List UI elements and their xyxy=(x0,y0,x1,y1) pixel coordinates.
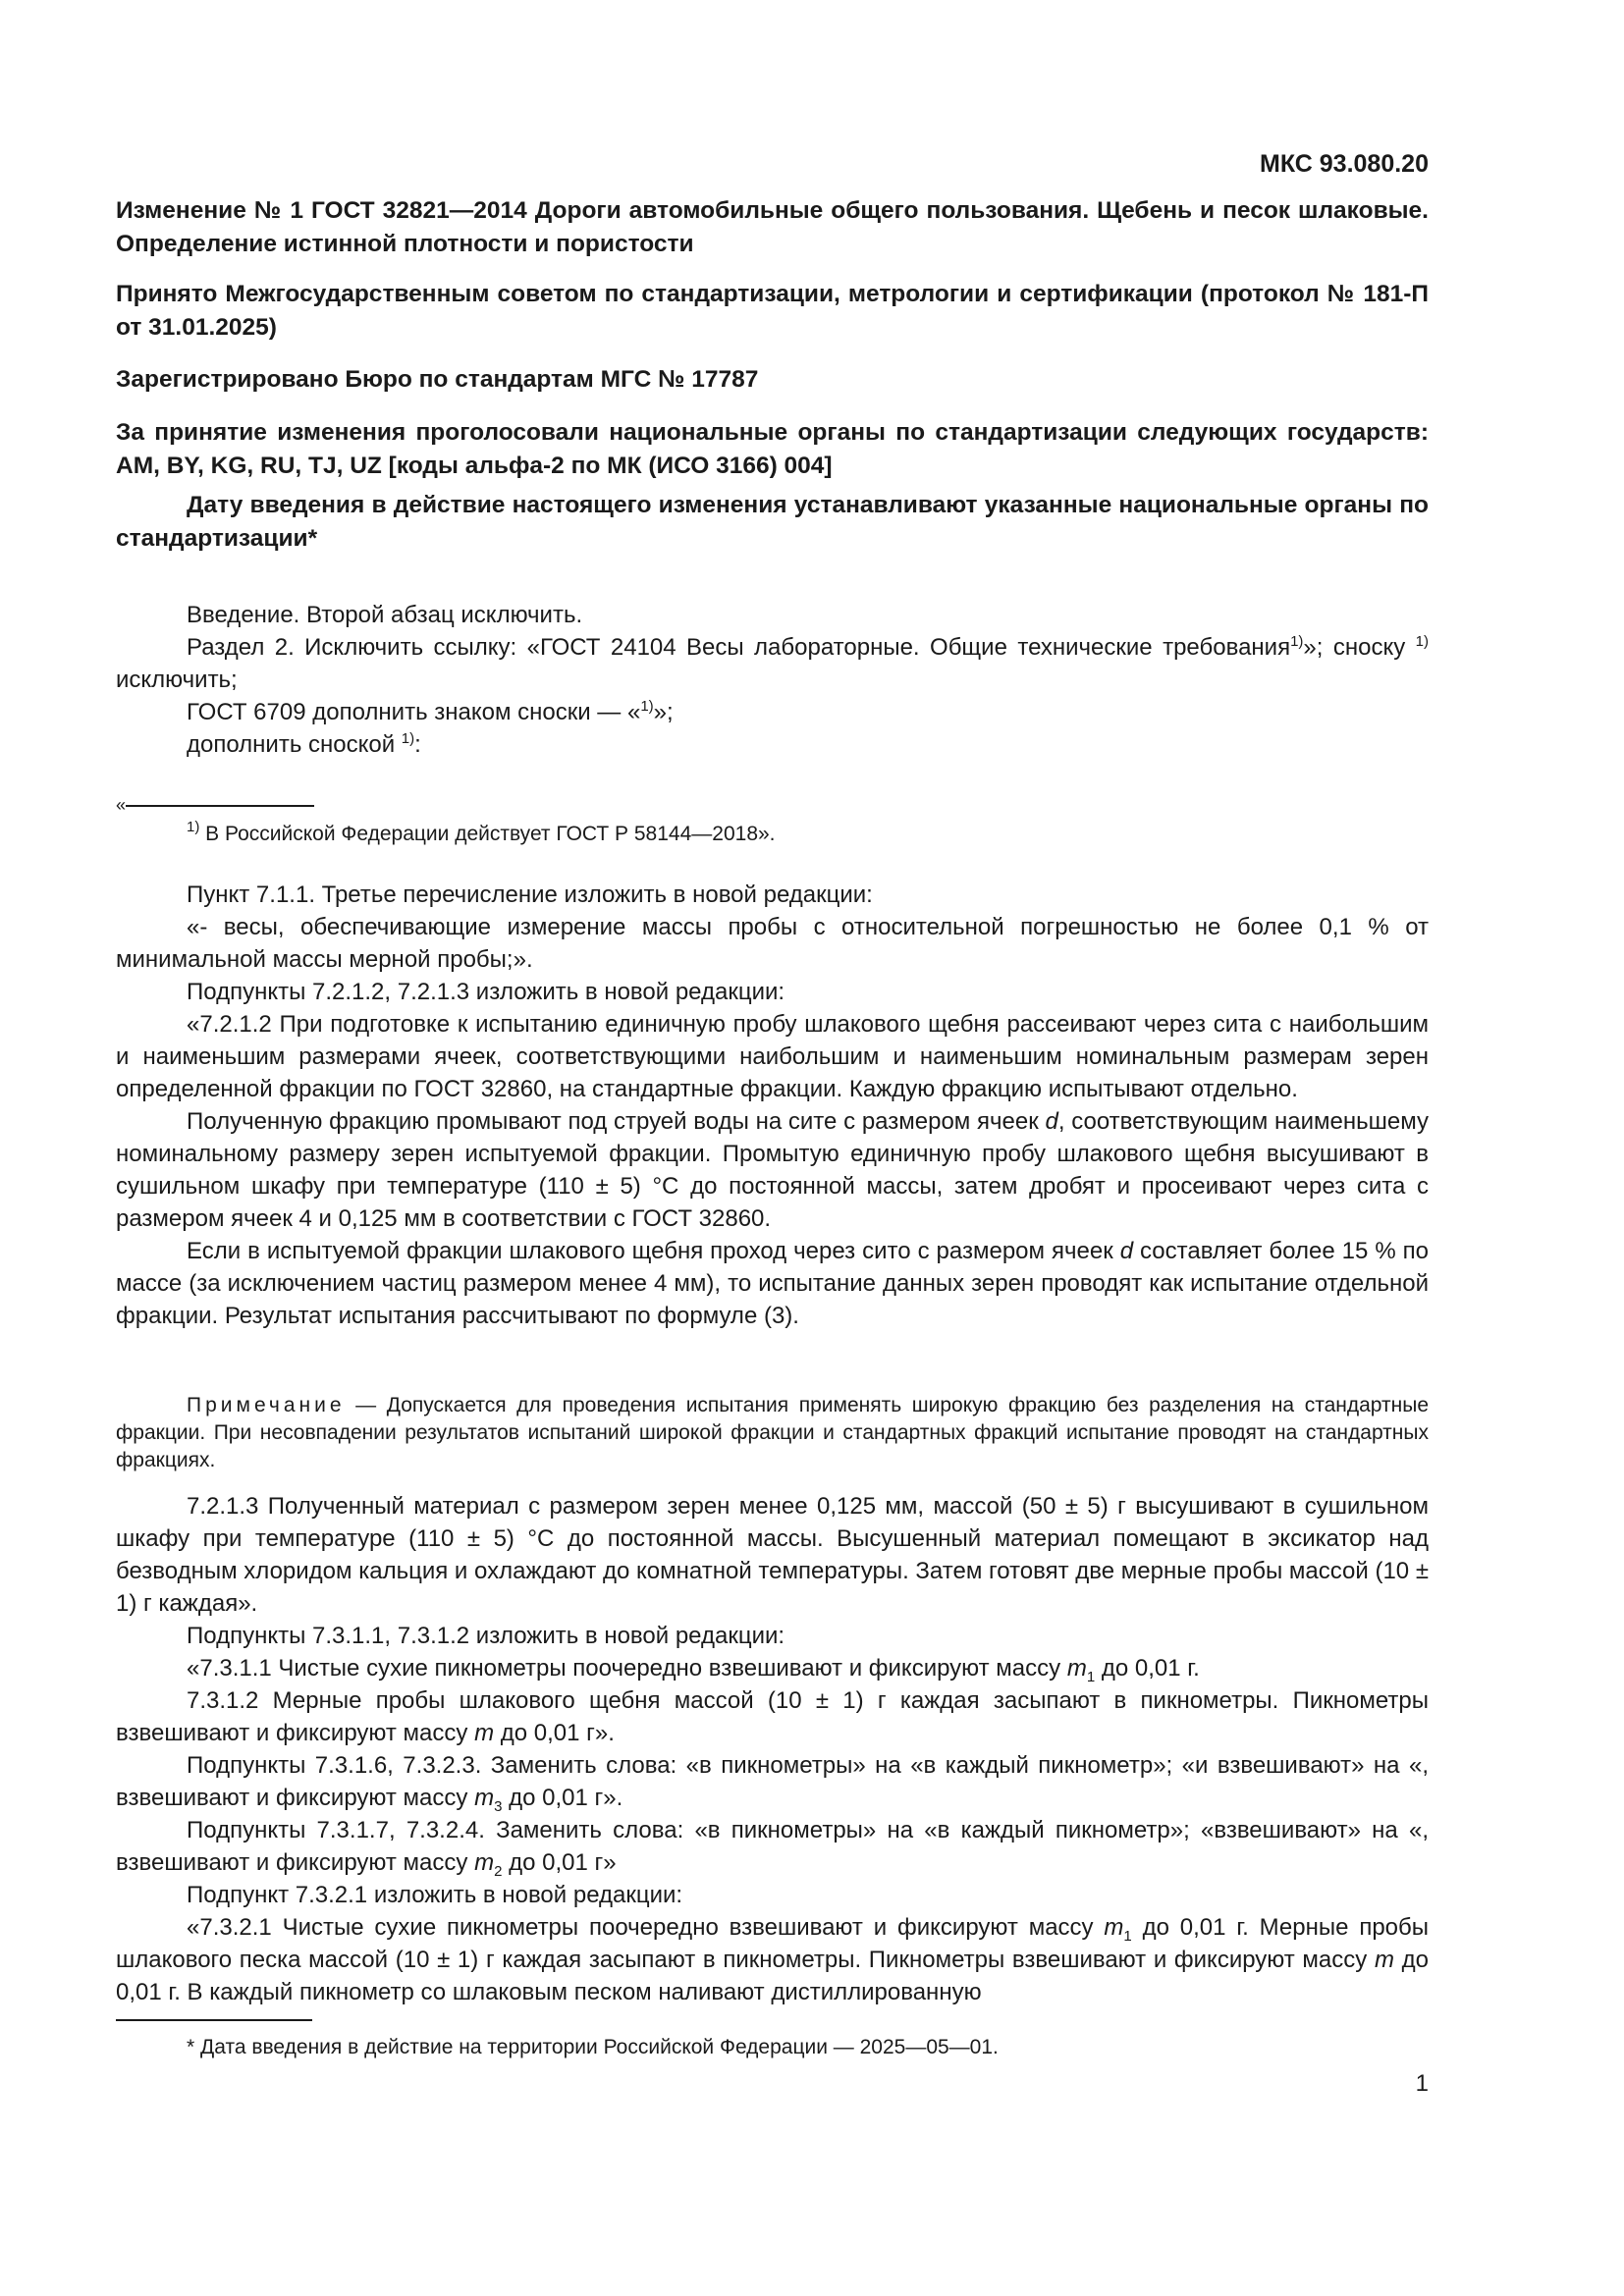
amendment-title: Изменение № 1 ГОСТ 32821—2014 Дороги авт… xyxy=(116,194,1429,261)
effective-date-statement: Дату введения в действие настоящего изме… xyxy=(116,489,1429,556)
clause-731-intro: Подпункты 7.3.1.1, 7.3.1.2 изложить в но… xyxy=(116,1620,1429,1652)
clause-7311-text: «7.3.1.1 Чистые сухие пикнометры поочере… xyxy=(116,1652,1429,1684)
changes-section-1: Введение. Второй абзац исключить. Раздел… xyxy=(116,599,1429,761)
clause-7321-text: «7.3.2.1 Чистые сухие пикнометры поочере… xyxy=(116,1911,1429,2008)
voting-statement: За принятие изменения проголосовали наци… xyxy=(116,416,1429,483)
clause-if-text: Если в испытуемой фракции шлакового щебн… xyxy=(116,1235,1429,1332)
add-footnote-change: дополнить сноской 1): xyxy=(116,728,1429,761)
inline-footnote-open-quote: « xyxy=(116,795,126,815)
clause-711-intro: Пункт 7.1.1. Третье перечисление изложит… xyxy=(116,879,1429,911)
clause-711-text: «- весы, обеспечивающие измерение массы … xyxy=(116,911,1429,976)
intro-change: Введение. Второй абзац исключить. xyxy=(116,599,1429,631)
inline-footnote: 1) В Российской Федерации действует ГОСТ… xyxy=(187,821,776,848)
page-number: 1 xyxy=(1416,2069,1429,2099)
note-label: Примечание xyxy=(187,1394,346,1416)
inline-footnote-rule xyxy=(126,805,314,807)
page-footnote: * Дата введения в действие на территории… xyxy=(187,2034,999,2061)
clause-wash-text: Полученную фракцию промывают под струей … xyxy=(116,1105,1429,1235)
clause-7321-intro: Подпункт 7.3.2.1 изложить в новой редакц… xyxy=(116,1879,1429,1911)
changes-section-3: 7.2.1.3 Полученный материал с размером з… xyxy=(116,1490,1429,2008)
clause-7212-text: «7.2.1.2 При подготовке к испытанию един… xyxy=(116,1008,1429,1105)
clause-7213-text: 7.2.1.3 Полученный материал с размером з… xyxy=(116,1490,1429,1620)
clause-7316-text: Подпункты 7.3.1.6, 7.3.2.3. Заменить сло… xyxy=(116,1749,1429,1814)
changes-section-2: Пункт 7.1.1. Третье перечисление изложит… xyxy=(116,879,1429,1332)
registration-statement: Зарегистрировано Бюро по стандартам МГС … xyxy=(116,363,1429,397)
clause-7212-intro: Подпункты 7.2.1.2, 7.2.1.3 изложить в но… xyxy=(116,976,1429,1008)
clause-7317-text: Подпункты 7.3.1.7, 7.3.2.4. Заменить сло… xyxy=(116,1814,1429,1879)
page-footnote-rule xyxy=(116,2019,312,2021)
note-block: Примечание — Допускается для проведения … xyxy=(116,1392,1429,1474)
clause-7312-text: 7.3.1.2 Мерные пробы шлакового щебня мас… xyxy=(116,1684,1429,1749)
adopted-statement: Принято Межгосударственным советом по ст… xyxy=(116,278,1429,345)
mks-code: МКС 93.080.20 xyxy=(1260,147,1429,181)
section2-change: Раздел 2. Исключить ссылку: «ГОСТ 24104 … xyxy=(116,631,1429,696)
gost6709-change: ГОСТ 6709 дополнить знаком сноски — «1)»… xyxy=(116,696,1429,728)
